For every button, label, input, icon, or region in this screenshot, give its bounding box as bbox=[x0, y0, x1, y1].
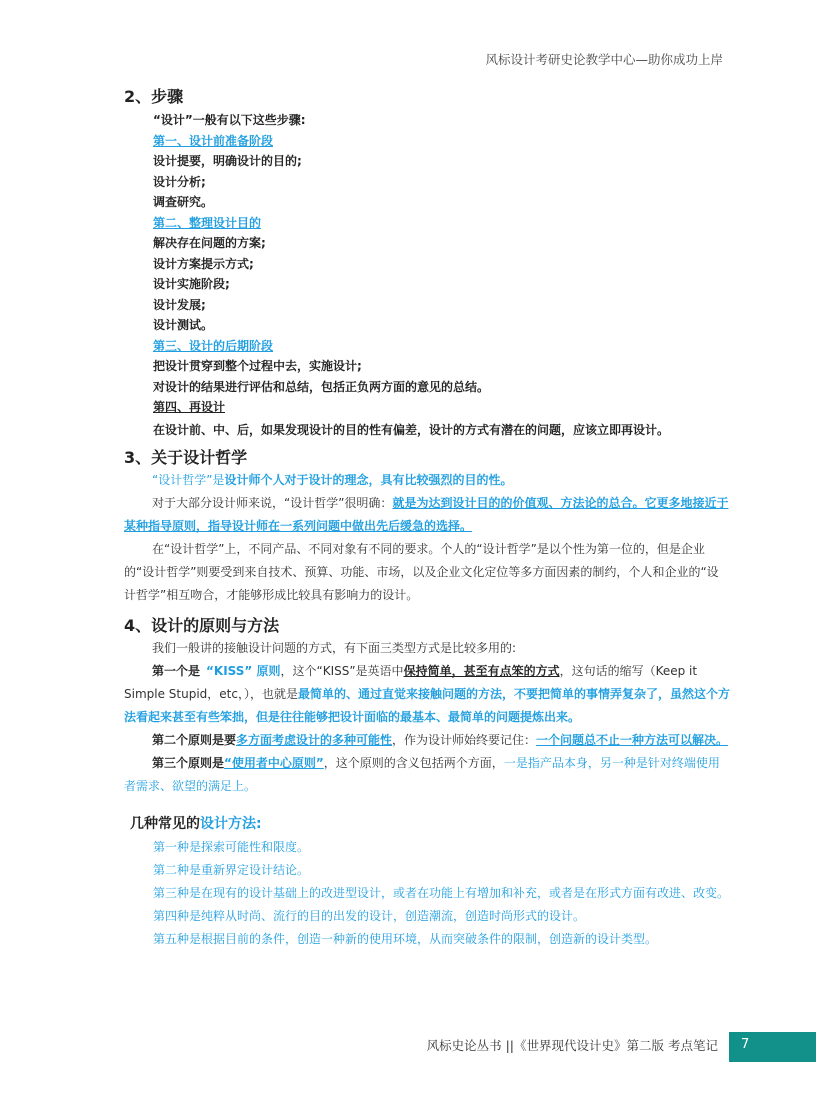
stage-2-item: 设计测试。 bbox=[153, 315, 730, 336]
stage-2-item: 设计方案提示方式; bbox=[153, 254, 730, 275]
steps-list: “设计”一般有以下这些步骤: 第一、设计前准备阶段 设计提要，明确设计的目的; … bbox=[153, 110, 730, 440]
label: 第二个原则是要 bbox=[152, 733, 236, 747]
kiss-term: “KISS” 原则 bbox=[206, 664, 280, 678]
text: 几种常见的 bbox=[130, 816, 200, 832]
page-footer: 风标史论丛书 ||《世界现代设计史》第二版 考点笔记 bbox=[427, 1036, 718, 1054]
highlight: 一个问题总不止一种方法可以解决。 bbox=[536, 733, 728, 747]
stage-4-title: 第四、再设计 bbox=[153, 397, 730, 418]
method-item: 第一种是探索可能性和限度。 bbox=[153, 836, 730, 859]
text: “设计哲学”是 bbox=[152, 473, 224, 487]
page-number: 7 bbox=[729, 1032, 816, 1062]
philosophy-paragraph-2: 对于大部分设计师来说，“设计哲学”很明确：就是为达到设计目的的价值观、方法论的总… bbox=[124, 492, 730, 538]
label: 第一个是 bbox=[152, 664, 200, 678]
highlight: 保持简单，甚至有点笨的方式 bbox=[404, 664, 560, 678]
stage-1-item: 设计分析; bbox=[153, 172, 730, 193]
method-item: 第四种是纯粹从时尚、流行的目的出发的设计，创造潮流，创造时尚形式的设计。 bbox=[153, 905, 730, 928]
section-3-title: 3、关于设计哲学 bbox=[124, 447, 730, 469]
stage-1-item: 调查研究。 bbox=[153, 192, 730, 213]
method-item: 第五种是根据目前的条件，创造一种新的使用环境，从而突破条件的限制，创造新的设计类… bbox=[153, 928, 730, 951]
stage-2-title: 第二、整理设计目的 bbox=[153, 213, 730, 234]
page-content: 2、步骤 “设计”一般有以下这些步骤: 第一、设计前准备阶段 设计提要，明确设计… bbox=[124, 86, 730, 951]
stage-3-title: 第三、设计的后期阶段 bbox=[153, 336, 730, 357]
section-2-title: 2、步骤 bbox=[124, 86, 730, 108]
method-item: 第三种是在现有的设计基础上的改进型设计，或者在功能上有增加和补充，或者是在形式方… bbox=[153, 882, 730, 905]
principles-intro: 我们一般讲的接触设计问题的方式，有下面三类型方式是比较多用的: bbox=[124, 637, 730, 660]
principle-2: 第二个原则是要多方面考虑设计的多种可能性，作为设计师始终要记住：一个问题总不止一… bbox=[124, 729, 730, 752]
stage-2-item: 设计发展; bbox=[153, 295, 730, 316]
text: ，这个“KISS”是英语中 bbox=[280, 664, 403, 678]
philosophy-definition: “设计哲学”是设计师个人对于设计的理念，具有比较强烈的目的性。 bbox=[124, 469, 730, 492]
highlight: 设计方法: bbox=[200, 816, 262, 832]
label: 第三个原则是 bbox=[152, 756, 224, 770]
page-header: 风标设计考研史论教学中心—助你成功上岸 bbox=[485, 50, 723, 68]
stage-3-item: 把设计贯穿到整个过程中去，实施设计; bbox=[153, 356, 730, 377]
methods-list: 第一种是探索可能性和限度。 第二种是重新界定设计结论。 第三种是在现有的设计基础… bbox=[153, 836, 730, 951]
principle-3: 第三个原则是“使用者中心原则”，这个原则的含义包括两个方面，一是指产品本身，另一… bbox=[124, 752, 730, 798]
text: 对于大部分设计师来说，“设计哲学”很明确： bbox=[152, 496, 392, 510]
steps-intro: “设计”一般有以下这些步骤: bbox=[153, 110, 730, 131]
stage-2-item: 设计实施阶段; bbox=[153, 274, 730, 295]
highlight: “使用者中心原则” bbox=[224, 756, 324, 770]
philosophy-paragraph-3: 在“设计哲学”上，不同产品、不同对象有不同的要求。个人的“设计哲学”是以个性为第… bbox=[124, 538, 730, 607]
method-item: 第二种是重新界定设计结论。 bbox=[153, 859, 730, 882]
methods-title: 几种常见的设计方法: bbox=[130, 812, 730, 836]
section-4-title: 4、设计的原则与方法 bbox=[124, 615, 730, 637]
text: ，这个原则的含义包括两个方面， bbox=[324, 756, 504, 770]
highlight: 多方面考虑设计的多种可能性 bbox=[236, 733, 392, 747]
stage-3-item: 对设计的结果进行评估和总结，包括正负两方面的意见的总结。 bbox=[153, 377, 730, 398]
stage-4-item: 在设计前、中、后，如果发现设计的目的性有偏差，设计的方式有潜在的问题，应该立即再… bbox=[153, 420, 730, 441]
highlight: 设计师个人对于设计的理念，具有比较强烈的目的性。 bbox=[224, 473, 512, 487]
stage-2-item: 解决存在问题的方案; bbox=[153, 233, 730, 254]
text: ，作为设计师始终要记住： bbox=[392, 733, 536, 747]
stage-1-item: 设计提要，明确设计的目的; bbox=[153, 151, 730, 172]
principle-1: 第一个是“KISS” 原则，这个“KISS”是英语中保持简单，甚至有点笨的方式，… bbox=[124, 660, 730, 729]
stage-1-title: 第一、设计前准备阶段 bbox=[153, 131, 730, 152]
